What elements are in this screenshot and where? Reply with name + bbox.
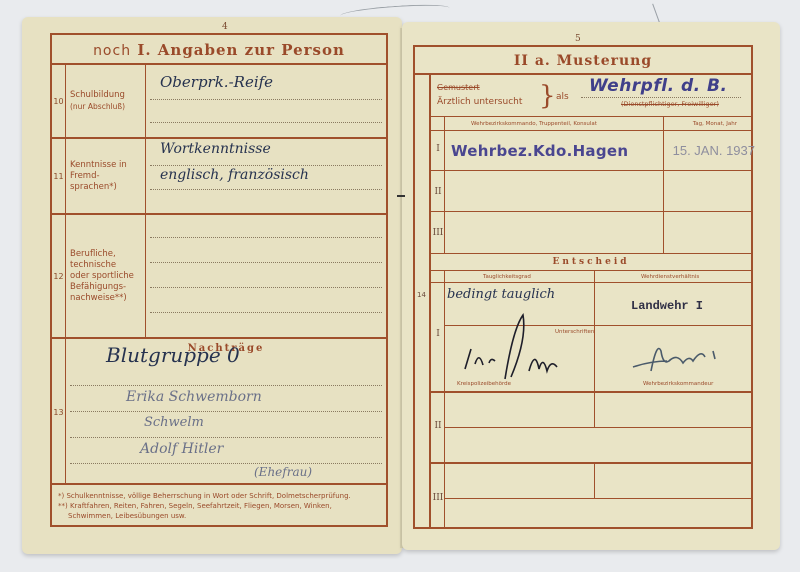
handwritten-entry: Schwelm (144, 415, 204, 430)
footnote-1: *) Schulkenntnisse, völlige Beherrschung… (58, 491, 380, 501)
center-staple (397, 195, 405, 197)
row-label: Berufliche, technische oder sportliche B… (66, 215, 146, 337)
label-line: Befähigungs- (70, 282, 145, 293)
stamp-wehrbezirkskommando: Wehrbez.Kdo.Hagen (451, 142, 628, 160)
header-unit: Wehrbezirkskommando, Truppenteil, Konsul… (471, 121, 597, 127)
caption-kreispolizeibehoerde: Kreispolizeibehörde (457, 381, 511, 387)
stamp-date: 15. JAN. 1937 (673, 143, 755, 158)
row-label: Schulbildung (nur Abschluß) (66, 65, 146, 137)
row-number: 11 (52, 139, 66, 213)
struck-subline: (Dienstpflichtiger, Freiwilliger) (621, 100, 719, 108)
title-prefix: noch (93, 43, 131, 59)
brace: } (539, 81, 556, 111)
musterung-status: Gemustert Ärztlich untersucht } als Wehr… (431, 75, 751, 117)
handwritten-entry: Erika Schwemborn (126, 389, 262, 405)
musterung-form: II a. Musterung Gemustert Ärztlich unter… (413, 45, 753, 529)
row-roman: III (431, 228, 445, 238)
row-value-field[interactable] (146, 215, 386, 337)
row-roman: III (431, 493, 445, 503)
title-text: I. Angaben zur Person (137, 41, 345, 59)
handwritten-entry: Blutgruppe 0 (106, 343, 240, 367)
row-roman: I (431, 144, 445, 154)
table-row[interactable]: I Wehrbez.Kdo.Hagen 15. JAN. 1937 (431, 131, 751, 171)
row-label: Kenntnisse in Fremd- sprachen*) (66, 139, 146, 213)
entscheid-row-ii-field[interactable] (445, 392, 751, 462)
handwritten-entry: Adolf Hitler (140, 441, 223, 457)
personal-data-form: noch I. Angaben zur Person 10 Schulbildu… (50, 33, 388, 527)
section-title-left: noch I. Angaben zur Person (52, 35, 386, 65)
row-number: 13 (52, 339, 66, 485)
table-row[interactable]: III (431, 212, 751, 253)
label-main: Schulbildung (70, 90, 145, 101)
commands-table-header: Wehrbezirkskommando, Truppenteil, Konsul… (431, 117, 751, 131)
page-number-left: 4 (222, 22, 228, 32)
als-label: als (556, 92, 569, 102)
entscheid-title: Entscheid (431, 253, 751, 271)
row-befaehigungsnachweise: 12 Berufliche, technische oder sportlich… (52, 215, 386, 339)
handwritten-entry: englisch, französisch (160, 167, 309, 183)
label-line: sprachen*) (70, 182, 145, 193)
binding-thread-end (652, 0, 678, 23)
caption-wehrbezirkskommandeur: Wehrbezirkskommandeur (643, 381, 713, 387)
handwritten-entry: Wortkenntnisse (160, 141, 271, 157)
footnote-2-cont: Schwimmen, Leibesübungen usw. (58, 511, 380, 521)
row-value-field[interactable]: Wortkenntnisse englisch, französisch (146, 139, 386, 213)
handwritten-entry: (Ehefrau) (254, 465, 312, 479)
row-fremdsprachen: 11 Kenntnisse in Fremd- sprachen*) Wortk… (52, 139, 386, 215)
commands-table: Wehrbezirkskommando, Truppenteil, Konsul… (431, 117, 751, 253)
signature-police-icon (461, 309, 571, 389)
header-tauglichkeit: Tauglichkeitsgrad (483, 274, 531, 280)
entscheid-row-iii-field[interactable] (445, 463, 751, 527)
row-nachtraege: 13 Nachträge Blutgruppe 0 Erika Schwembo… (52, 339, 386, 485)
nachtraege-field[interactable]: Nachträge Blutgruppe 0 Erika Schwemborn … (66, 339, 386, 485)
stamp-wehrpflichtig: Wehrpfl. d. B. (589, 76, 727, 96)
header-verhaeltnis: Wehrdienstverhältnis (641, 274, 699, 280)
label-line: oder sportliche (70, 271, 145, 282)
row-roman: I (431, 329, 445, 339)
tauglichkeit-entry: bedingt tauglich (447, 287, 555, 302)
row-roman: II (431, 187, 445, 197)
signature-commander-icon (631, 331, 731, 381)
handwritten-entry: Oberprk.-Reife (160, 73, 273, 91)
option-aerztlich: Ärztlich untersucht (437, 97, 522, 107)
header-date: Tag, Monat, Jahr (693, 121, 737, 127)
label-sub: (nur Abschluß) (70, 101, 145, 112)
row-value-field[interactable]: Oberprk.-Reife (146, 65, 386, 137)
label-line: Berufliche, (70, 249, 145, 260)
page-number-right: 5 (575, 34, 581, 44)
roman-column (431, 271, 445, 527)
label-line: technische (70, 260, 145, 271)
row-schulbildung: 10 Schulbildung (nur Abschluß) Oberprk.-… (52, 65, 386, 139)
label-line: Fremd- (70, 171, 145, 182)
footnote-2: **) Kraftfahren, Reiten, Fahren, Segeln,… (58, 501, 380, 511)
entscheid-header: Tauglichkeitsgrad Wehrdienstverhältnis (431, 271, 751, 283)
footnotes: *) Schulkenntnisse, völlige Beherrschung… (52, 483, 386, 525)
section-title-right: II a. Musterung (415, 47, 751, 75)
verhaeltnis-entry: Landwehr I (631, 299, 703, 313)
row-number: 12 (52, 215, 66, 337)
label-line: Kenntnisse in (70, 160, 145, 171)
row-number-14: 14 (417, 291, 426, 299)
row-roman: II (431, 421, 445, 431)
table-row[interactable]: II (431, 171, 751, 212)
margin-column (415, 75, 431, 527)
entscheid-table: Tauglichkeitsgrad Wehrdienstverhältnis 1… (431, 271, 751, 527)
option-gemustert-struck: Gemustert (437, 83, 480, 92)
label-line: nachweise**) (70, 293, 145, 304)
row-number: 10 (52, 65, 66, 137)
